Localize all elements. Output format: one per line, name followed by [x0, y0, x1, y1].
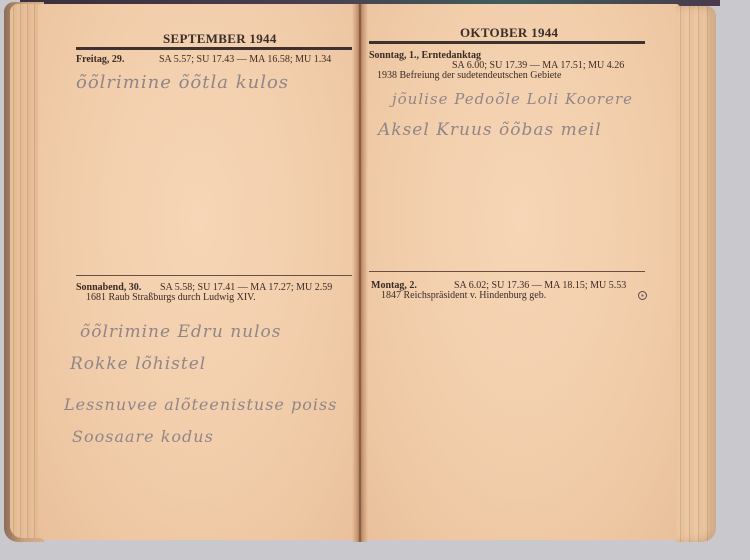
- handwritten-note: Aksel Kruus õõbas meil: [378, 120, 602, 140]
- entry-day-friday-29: Freitag, 29.: [76, 54, 124, 65]
- entry-historical-note: 1938 Befreiung der sudetendeutschen Gebi…: [377, 70, 561, 81]
- month-header-rule: [369, 41, 645, 44]
- day-divider-rule: [369, 271, 645, 272]
- entry-historical-note: 1681 Raub Straßburgs durch Ludwig XIV.: [86, 292, 256, 303]
- handwritten-note: õõlrimine Edru nulos: [80, 322, 282, 342]
- month-title-october: OKTOBER 1944: [460, 25, 558, 41]
- open-diary-book: SEPTEMBER 1944 Freitag, 29. SA 5.57; SU …: [0, 0, 735, 548]
- handwritten-note: Lessnuvee alõteenistuse poiss: [64, 395, 337, 414]
- right-page-edges: [676, 6, 716, 542]
- day-divider-rule: [76, 275, 352, 276]
- handwritten-note: õõlrimine õõtla kulos: [76, 72, 289, 93]
- entry-astro-friday-29: SA 5.57; SU 17.43 — MA 16.58; MU 1.34: [159, 54, 331, 65]
- full-moon-icon: [638, 291, 647, 300]
- month-title-september: SEPTEMBER 1944: [163, 31, 277, 47]
- handwritten-note: Soosaare kodus: [72, 427, 214, 446]
- book-spine-gutter: [352, 4, 368, 542]
- right-page: [362, 4, 680, 540]
- month-header-rule: [76, 47, 352, 50]
- entry-historical-note: 1847 Reichspräsident v. Hindenburg geb.: [381, 290, 546, 301]
- handwritten-note: jõulise Pedoõle Loli Koorere: [392, 90, 633, 108]
- handwritten-note: Rokke lõhistel: [70, 354, 206, 374]
